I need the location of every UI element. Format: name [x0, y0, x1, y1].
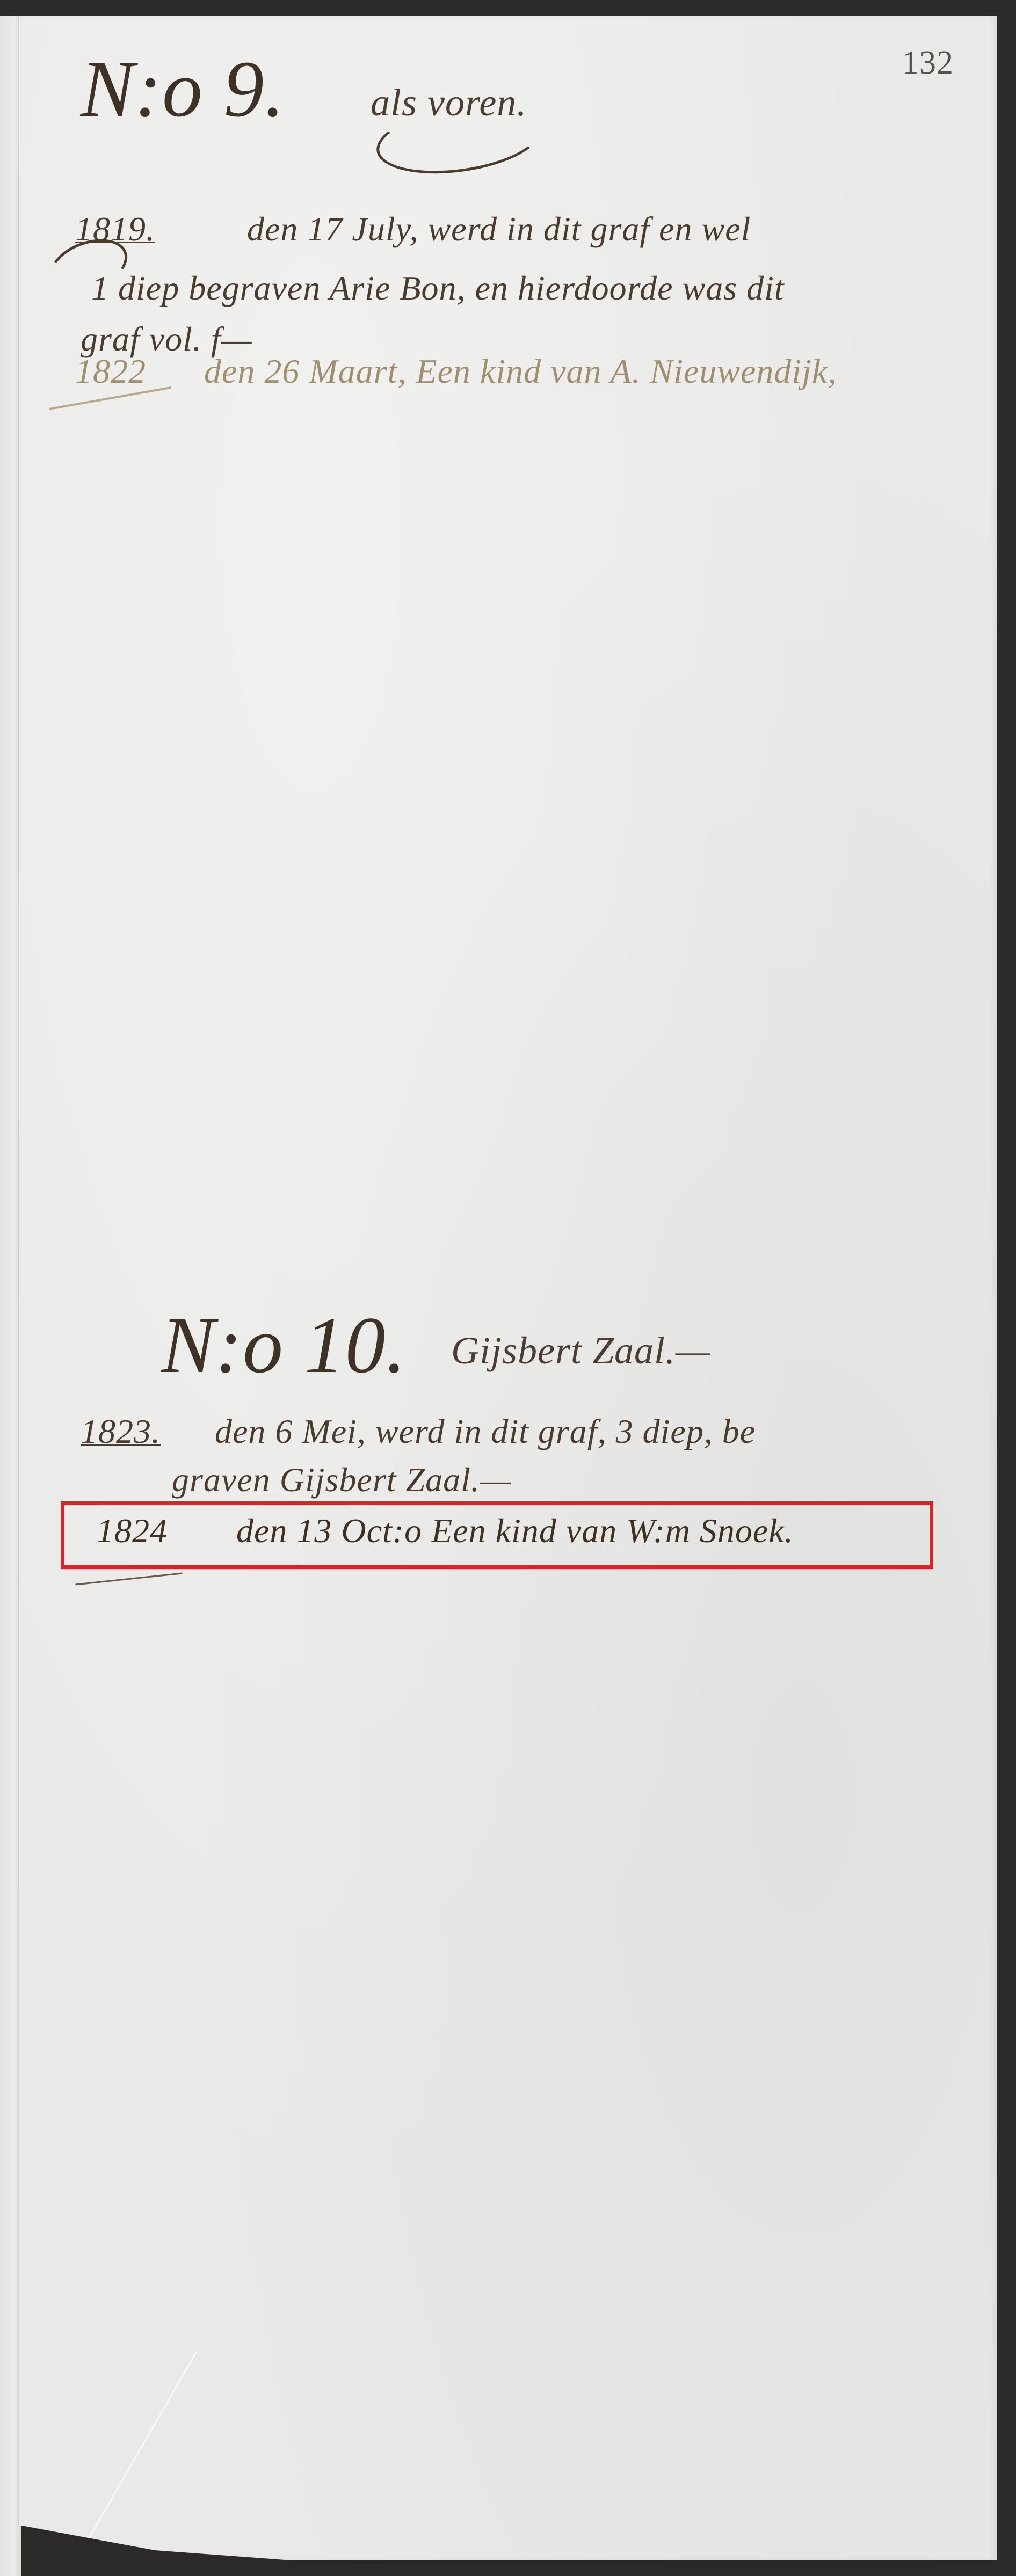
- entry-1823-year: 1823.: [81, 1412, 161, 1451]
- entry-1822-line-1: den 26 Maart, Een kind van A. Nieuwendij…: [204, 352, 837, 391]
- entry-1819-line-1: den 17 July, werd in dit graf en wel: [247, 209, 751, 249]
- paper-crease: [83, 2351, 198, 2547]
- register-page: [18, 16, 997, 2560]
- entry-1823-line-1: den 6 Mei, werd in dit graf, 3 diep, be: [215, 1412, 756, 1451]
- section-10-number: N:o 10.: [161, 1299, 407, 1391]
- entry-1819-line-2: 1 diep begraven Arie Bon, en hierdoorde …: [91, 268, 785, 308]
- section-10-subtitle: Gijsbert Zaal.—: [451, 1329, 710, 1373]
- entry-1823-line-2: graven Gijsbert Zaal.—: [172, 1460, 511, 1500]
- highlight-box: [61, 1501, 933, 1569]
- section-9-number: N:o 9.: [81, 43, 285, 135]
- entry-1822-year: 1822: [75, 352, 146, 391]
- page-number: 132: [902, 44, 954, 82]
